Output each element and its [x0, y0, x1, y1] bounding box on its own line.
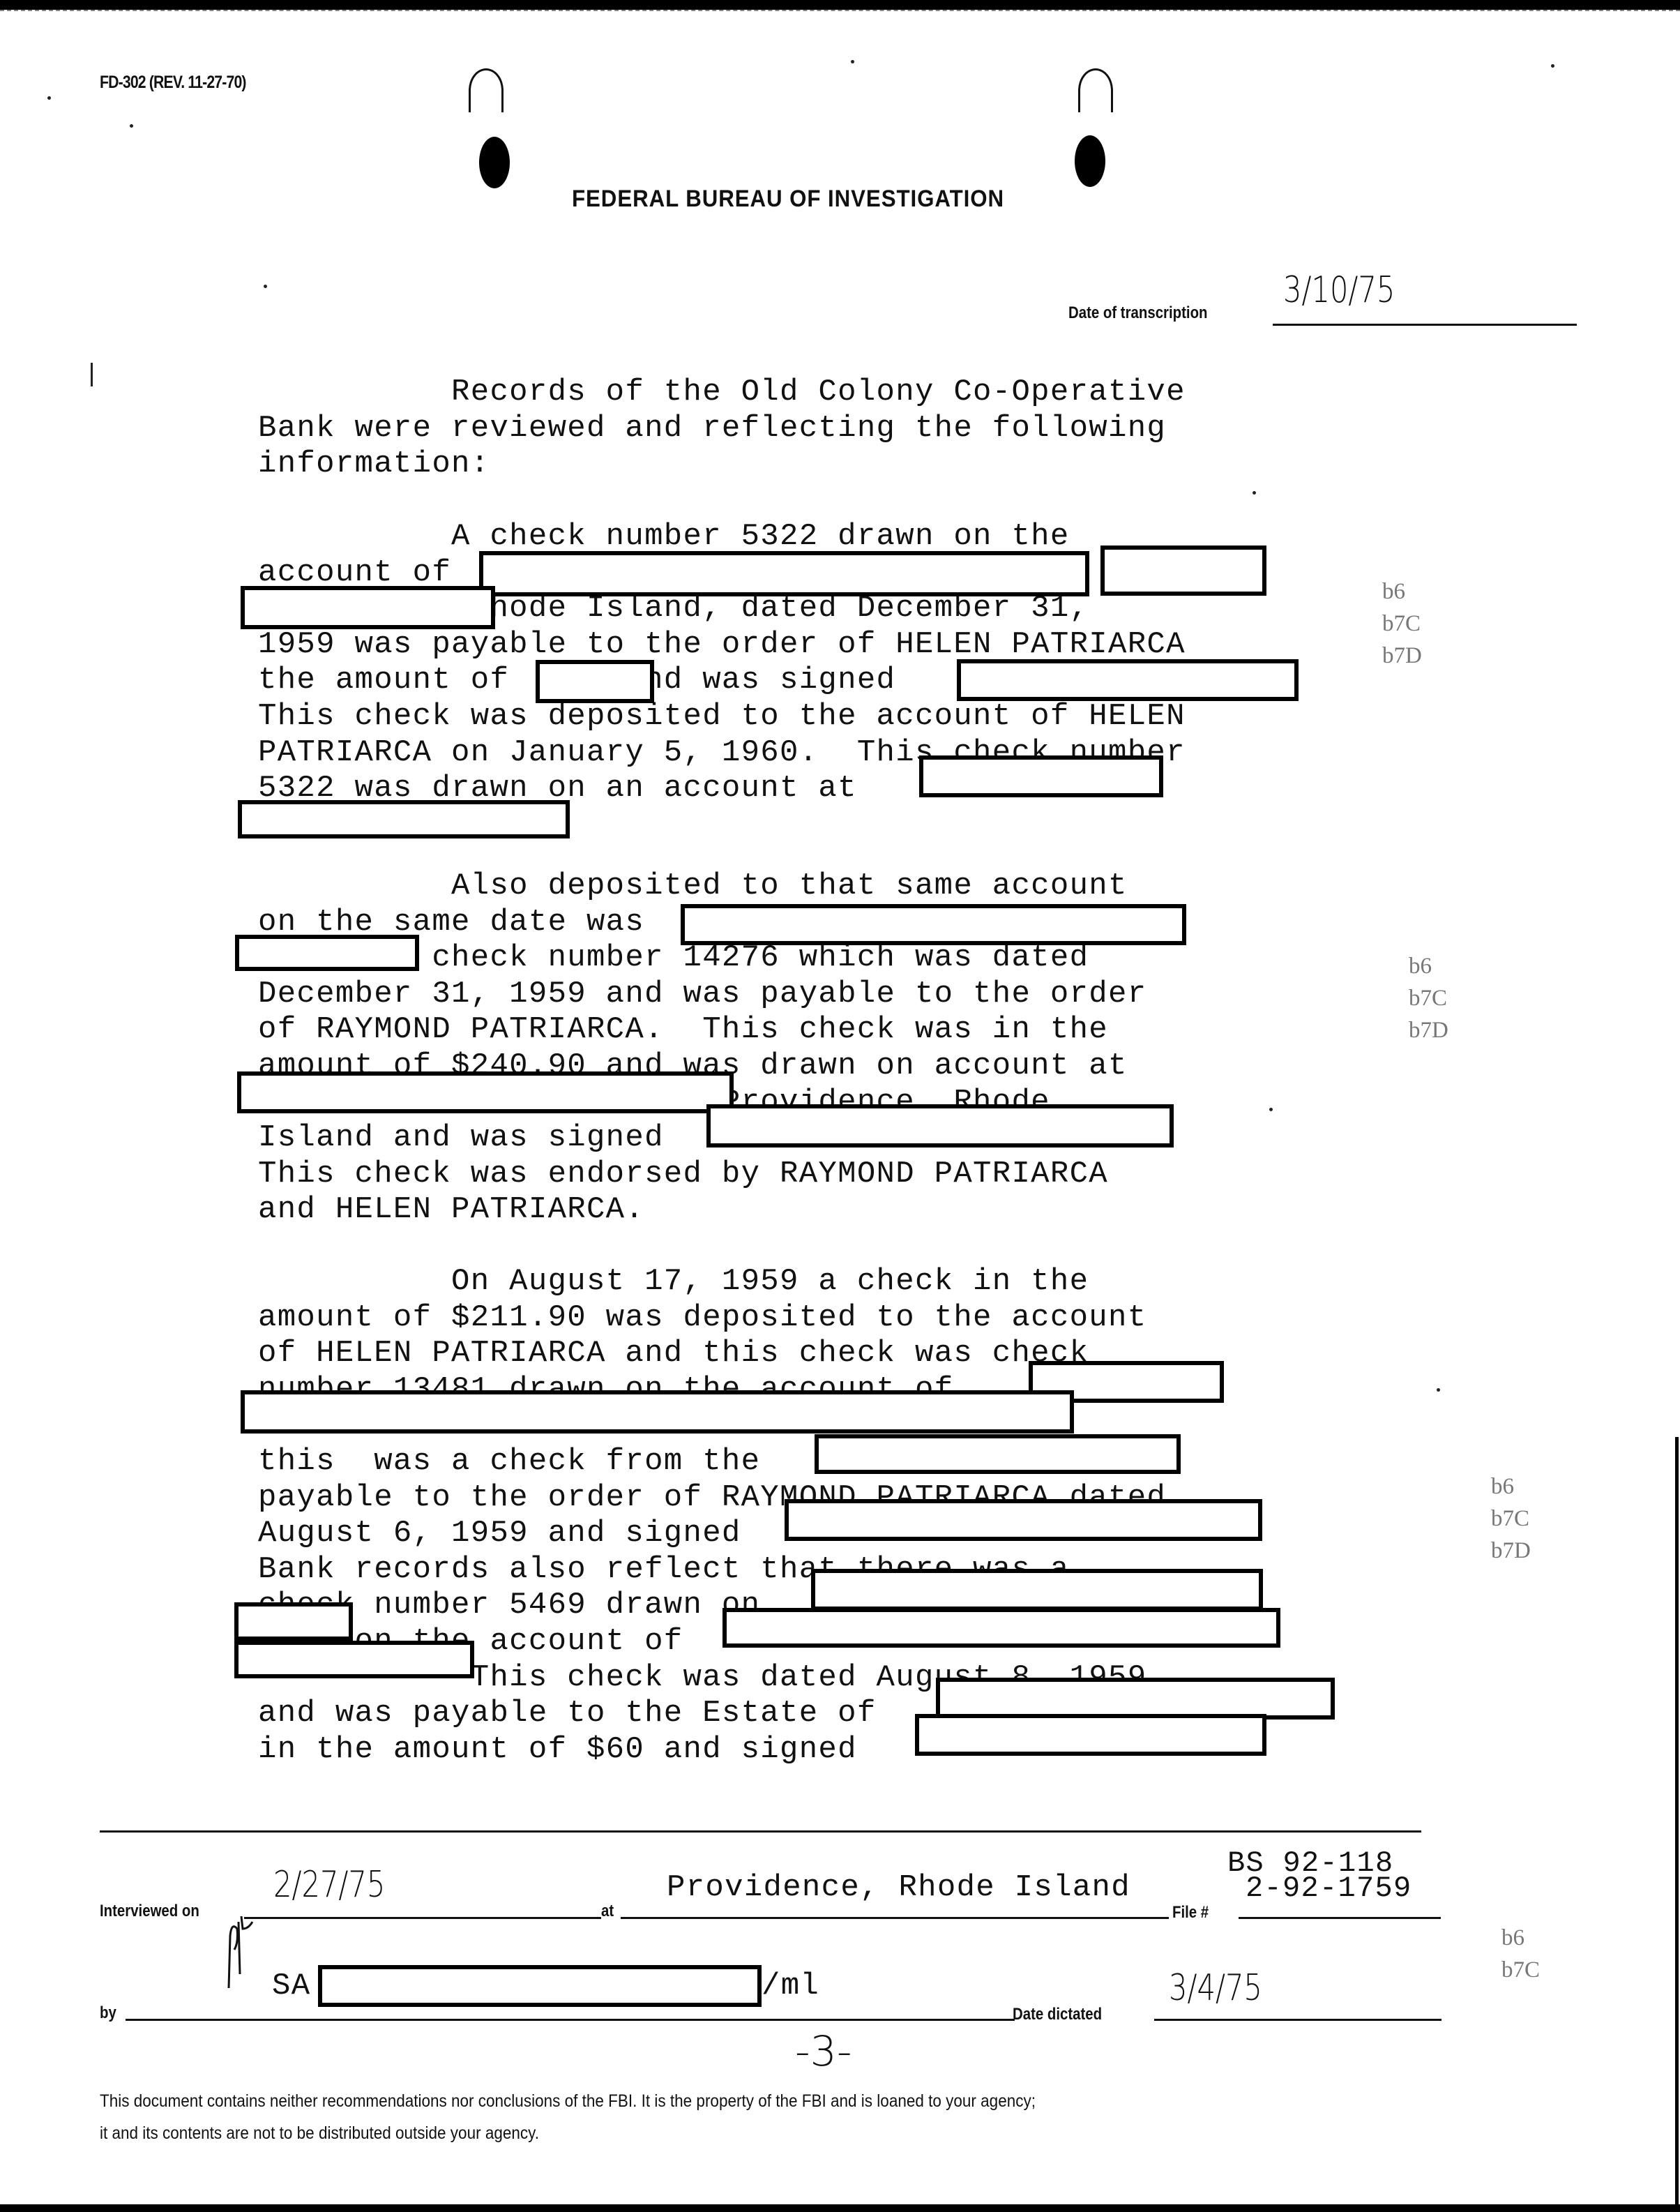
- agent-prefix: SA: [272, 1969, 310, 2005]
- by-label: by: [100, 2003, 116, 2023]
- redaction-box: [536, 660, 654, 703]
- scan-mark: [91, 363, 93, 386]
- body-line: and was payable to the Estate of: [258, 1696, 877, 1732]
- redaction-box: [915, 1714, 1266, 1756]
- scan-speck: [264, 285, 267, 288]
- location-rule: [621, 1917, 1169, 1919]
- exemption-codes: b6 b7C b7D: [1382, 575, 1422, 672]
- exemption-codes: b6 b7C: [1501, 1922, 1540, 1986]
- transcription-date-value: 3/10/75: [1283, 269, 1395, 311]
- scan-speck: [851, 60, 854, 63]
- redaction-box: [241, 1390, 1074, 1434]
- scan-speck: [1551, 64, 1554, 68]
- redaction-box: [235, 935, 419, 971]
- redaction-box: [318, 1965, 762, 2007]
- redaction-box: [237, 1071, 734, 1113]
- redaction-box: [234, 1602, 353, 1641]
- disclaimer-line-1: This document contains neither recommend…: [100, 2091, 1036, 2112]
- agency-title: FEDERAL BUREAU OF INVESTIGATION: [572, 186, 1004, 213]
- redaction-box: [957, 659, 1299, 701]
- body-line: This check was endorsed by RAYMOND PATRI…: [258, 1157, 1108, 1193]
- redaction-box: [815, 1434, 1181, 1474]
- scan-noise-top: [0, 10, 1680, 13]
- redaction-box: [706, 1104, 1174, 1148]
- scan-speck: [47, 96, 51, 100]
- body-line: Records of the Old Colony Co-Operative: [258, 375, 1186, 411]
- punch-hole-ring-left: [469, 68, 504, 112]
- exemption-codes: b6 b7C b7D: [1491, 1470, 1531, 1567]
- redaction-box: [919, 755, 1163, 797]
- disclaimer-line-2: it and its contents are not to be distri…: [100, 2123, 539, 2144]
- body-line: A check number 5322 drawn on the: [258, 519, 1070, 555]
- redaction-box: [722, 1608, 1280, 1648]
- file-number-rule: [1239, 1917, 1441, 1919]
- body-line: 1959 was payable to the order of HELEN P…: [258, 627, 1186, 663]
- interviewed-on-rule: [244, 1917, 601, 1919]
- body-line: information:: [258, 446, 490, 483]
- redaction-box: [811, 1569, 1263, 1611]
- page-number: -3-: [795, 2027, 852, 2076]
- body-line: December 31, 1959 and was payable to the…: [258, 977, 1147, 1013]
- redaction-box: [785, 1499, 1262, 1541]
- interview-location: Providence, Rhode Island: [667, 1870, 1130, 1906]
- section-divider: [100, 1830, 1421, 1833]
- scan-speck: [130, 124, 133, 128]
- body-line: amount of $211.90 was deposited to the a…: [258, 1300, 1147, 1337]
- body-line: August 6, 1959 and signed: [258, 1516, 741, 1552]
- date-dictated-value: 3/4/75: [1169, 1967, 1262, 2009]
- scan-border-right: [1675, 1437, 1679, 2211]
- by-rule: [126, 2019, 1015, 2021]
- agent-initials-signature: [223, 1908, 272, 1992]
- redaction-box: [234, 1641, 474, 1678]
- location-label: at: [601, 1902, 614, 1921]
- scan-speck: [1437, 1388, 1440, 1392]
- redaction-box: [479, 551, 1089, 596]
- redaction-box: [936, 1678, 1335, 1720]
- body-line: this was a check from the: [258, 1444, 760, 1480]
- body-line: Island and was signed: [258, 1120, 664, 1157]
- body-line: Also deposited to that same account: [258, 868, 1128, 905]
- interviewed-on-value: 2/27/75: [273, 1864, 385, 1906]
- scan-speck: [1253, 491, 1256, 495]
- scan-border-bottom: [0, 2204, 1680, 2212]
- redaction-box: [1100, 546, 1266, 596]
- file-number-bottom: 2-92-1759: [1246, 1871, 1412, 1907]
- punch-hole-ring-right: [1078, 68, 1113, 112]
- date-dictated-label: Date dictated: [1013, 2005, 1102, 2024]
- redaction-box: [238, 800, 570, 838]
- body-line: and HELEN PATRIARCA.: [258, 1192, 644, 1228]
- exemption-codes: b6 b7C b7D: [1409, 950, 1448, 1046]
- file-number-label: File #: [1172, 1903, 1209, 1923]
- form-number: FD-302 (REV. 11-27-70): [100, 73, 246, 93]
- transcription-date-rule: [1273, 324, 1577, 326]
- redaction-box: [681, 904, 1186, 945]
- punch-hole-left: [479, 137, 510, 188]
- redaction-box: [241, 586, 495, 629]
- body-line: Bank were reviewed and reflecting the fo…: [258, 411, 1166, 447]
- transcription-date-label: Date of transcription: [1068, 303, 1207, 323]
- scan-speck: [1269, 1108, 1273, 1111]
- body-line: of HELEN PATRIARCA and this check was ch…: [258, 1336, 1089, 1372]
- body-line: in the amount of $60 and signed: [258, 1732, 857, 1768]
- body-line: On August 17, 1959 a check in the: [258, 1264, 1089, 1300]
- body-line: of RAYMOND PATRIARCA. This check was in …: [258, 1012, 1108, 1048]
- scan-border-top: [0, 0, 1680, 10]
- body-line: This check was deposited to the account …: [258, 699, 1186, 735]
- date-dictated-rule: [1154, 2019, 1441, 2021]
- punch-hole-right: [1075, 135, 1105, 187]
- interviewed-on-label: Interviewed on: [100, 1902, 199, 1921]
- agent-suffix: /ml: [762, 1969, 819, 2005]
